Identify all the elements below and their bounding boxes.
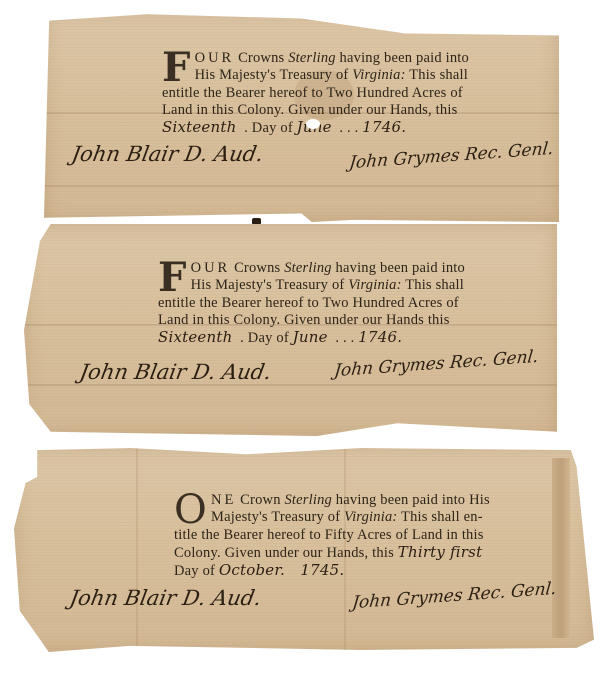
signature-blair: John Blair D. Aud. (68, 586, 263, 610)
handwritten-day: Thirty first (398, 543, 483, 561)
fold-line (24, 384, 557, 386)
fold-line (136, 446, 138, 652)
text-line: His Majesty's Treasury of Virginia: This… (158, 277, 558, 294)
handwritten-month: October. (219, 561, 285, 579)
text-line: OUR Crowns Sterling having been paid int… (158, 260, 558, 277)
handwritten-year: 1746. (362, 118, 406, 136)
paper-edge-strip (552, 458, 570, 638)
text-line: Colony. Given under our Hands, this Thir… (174, 544, 532, 562)
text-line: OUR Crowns Sterling having been paid int… (162, 50, 560, 67)
certificate-3: O NE Crown Sterling having been paid int… (14, 446, 594, 652)
handwritten-day: Sixteenth (158, 328, 232, 346)
certificate-2: F OUR Crowns Sterling having been paid i… (24, 224, 557, 436)
handwritten-day: Sixteenth (162, 118, 236, 136)
text-line: Land in this Colony. Given under our Han… (162, 102, 560, 119)
signature-grymes: John Grymes Rec. Genl. (333, 347, 539, 381)
drop-cap: O (174, 493, 207, 527)
handwritten-year: 1746. (358, 328, 402, 346)
certificate-text: F OUR Crowns Sterling having been paid i… (162, 50, 560, 137)
certificate-text: F OUR Crowns Sterling having been paid i… (158, 260, 558, 347)
signature-grymes: John Grymes Rec. Genl. (351, 579, 557, 613)
text-line: title the Bearer hereof to Fifty Acres o… (174, 527, 532, 544)
drop-cap: F (158, 261, 187, 295)
date-line: Day of October. 1745. (174, 562, 532, 580)
certificate-text: O NE Crown Sterling having been paid int… (174, 492, 532, 580)
text-line: His Majesty's Treasury of Virginia: This… (162, 67, 560, 84)
handwritten-year: 1745. (300, 561, 344, 579)
text-line: entitle the Bearer hereof to Two Hundred… (158, 295, 558, 312)
text-line: Land in this Colony. Given under our Han… (158, 312, 558, 329)
ink-blot (252, 218, 261, 225)
text-line: Majesty's Treasury of Virginia: This sha… (174, 509, 532, 526)
drop-cap: F (162, 51, 191, 85)
date-line: Sixteenth . Day of June . . . 1746. (162, 119, 560, 137)
torn-hole (306, 119, 320, 129)
date-line: Sixteenth . Day of June . . . 1746. (158, 329, 558, 347)
text-line: NE Crown Sterling having been paid into … (174, 492, 532, 509)
signature-blair: John Blair D. Aud. (78, 360, 273, 384)
handwritten-month: June (293, 328, 328, 346)
certificate-1: F OUR Crowns Sterling having been paid i… (44, 10, 559, 222)
signature-blair: John Blair D. Aud. (70, 142, 265, 166)
text-line: entitle the Bearer hereof to Two Hundred… (162, 85, 560, 102)
signature-grymes: John Grymes Rec. Genl. (348, 139, 554, 173)
fold-line (44, 185, 559, 187)
